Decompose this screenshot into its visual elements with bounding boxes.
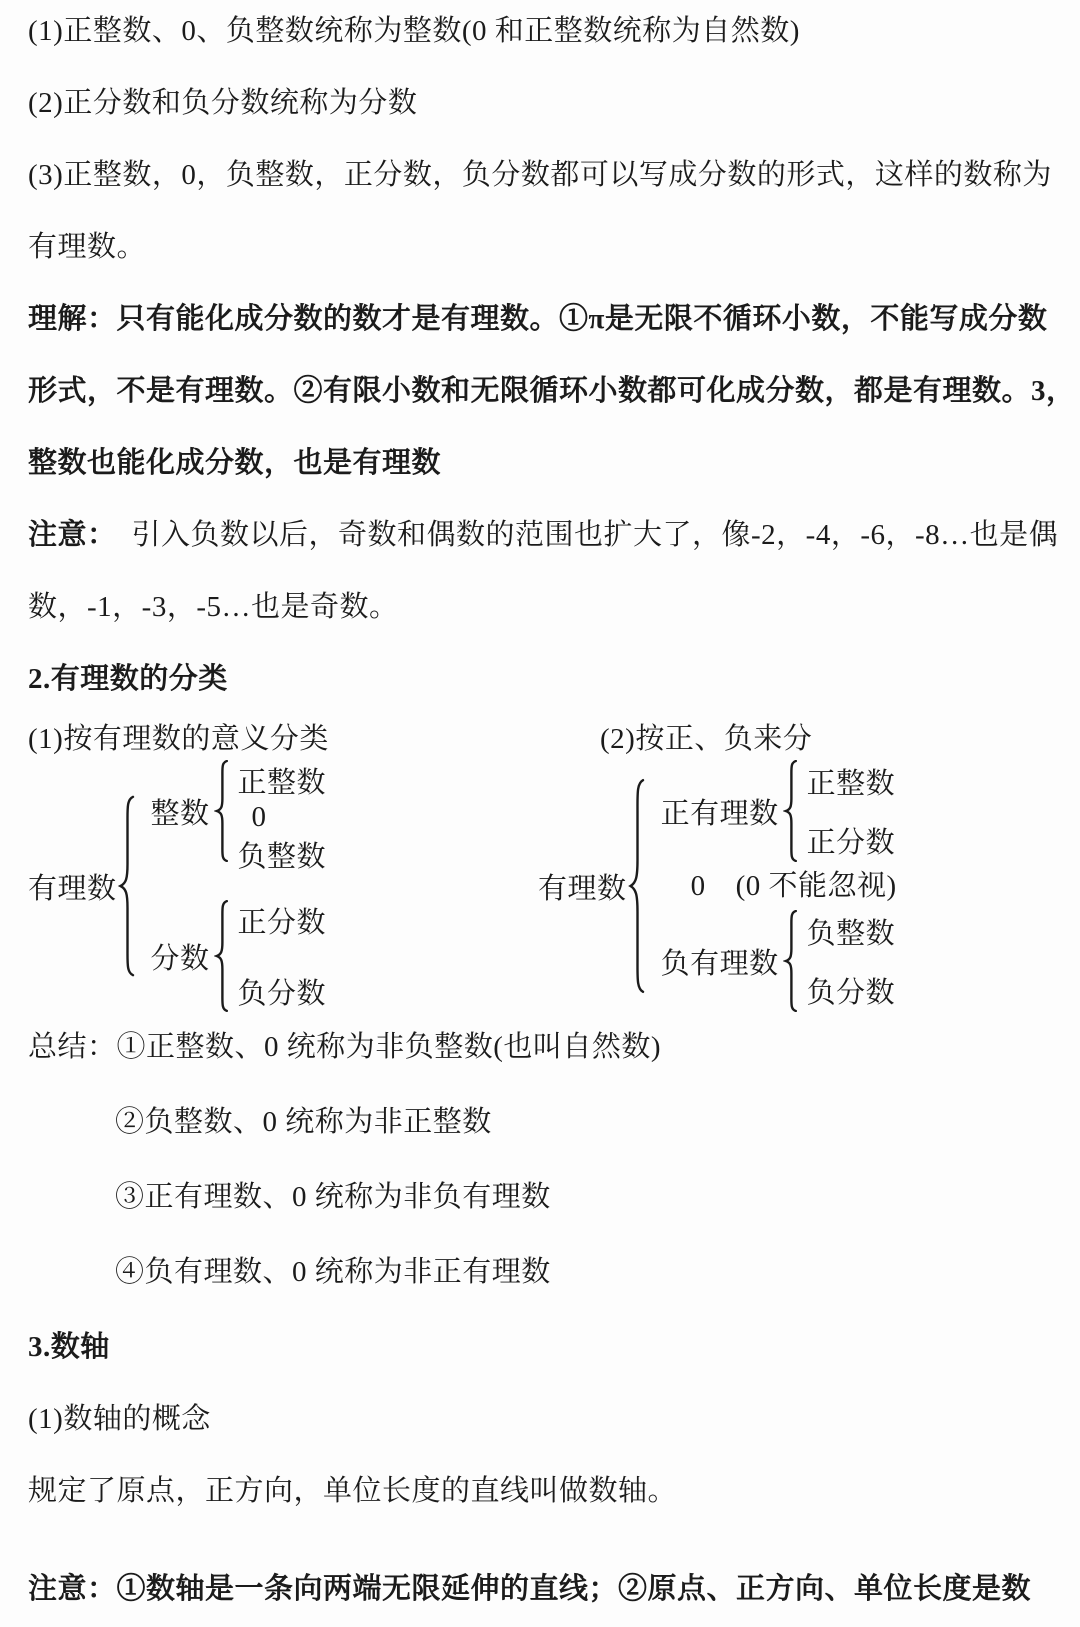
diagram-leaf: 负整数 <box>807 911 896 952</box>
diagram-branch-zero: 0 (0 不能忽视) <box>691 869 897 903</box>
note-line-3: 注意：①数轴是一条向两端无限延伸的直线；②原点、正方向、单位长度是数 <box>28 1572 1080 1606</box>
paragraph-line-2: (2)正分数和负分数统称为分数 <box>28 86 1080 120</box>
note-label: 注意： <box>28 1573 117 1605</box>
big-brace-icon <box>117 795 137 977</box>
summary-line-4: ④负有理数、0 统称为非正有理数 <box>28 1255 1080 1289</box>
diagram-by-meaning: 有理数 整数 正整数 0 负整数 分数 <box>28 760 326 1012</box>
diagram-branch-negative-rationals: 负有理数 负整数 负分数 <box>649 910 897 1012</box>
diagram-root-label: 有理数 <box>28 866 117 907</box>
diagram-by-sign: 有理数 正有理数 正整数 正分数 0 (0 不能忽视) <box>538 760 897 1012</box>
diagram-branches: 整数 正整数 0 负整数 分数 正分数 <box>139 760 327 1012</box>
branch-label: 正有理数 <box>661 791 779 832</box>
diagram-leaf: 负分数 <box>238 971 327 1012</box>
column-header-by-sign: (2)按正、负来分 <box>600 722 812 756</box>
diagram-leaf: 负分数 <box>807 970 896 1011</box>
diagram-column-headers: (1)按有理数的意义分类 (2)按正、负来分 <box>28 722 1080 756</box>
branch-label: 整数 <box>151 791 210 832</box>
diagram-leaf: 正整数 <box>807 761 896 802</box>
understanding-line-2: 形式，不是有理数。②有限小数和无限循环小数都可化成分数，都是有理数。3， <box>28 374 1080 408</box>
summary-line-2: ②负整数、0 统称为非正整数 <box>28 1105 1080 1139</box>
diagram-leaf: 正分数 <box>807 820 896 861</box>
branch-leaves: 正整数 0 负整数 <box>238 760 327 862</box>
note-text: 引入负数以后，奇数和偶数的范围也扩大了，像-2，-4，-6，-8…也是偶 <box>102 519 1058 551</box>
note-text: ①数轴是一条向两端无限延伸的直线；②原点、正方向、单位长度是数 <box>117 1573 1032 1605</box>
summary-line-3: ③正有理数、0 统称为非负有理数 <box>28 1180 1080 1214</box>
paragraph-line-1: (1)正整数、0、负整数统称为整数(0 和正整数统称为自然数) <box>28 0 1080 48</box>
summary-text: ①正整数、0 统称为非负整数(也叫自然数) <box>117 1031 662 1063</box>
column-header-by-meaning: (1)按有理数的意义分类 <box>28 722 600 756</box>
branch-leaves: 正整数 正分数 <box>807 761 896 861</box>
diagram-branch-integers: 整数 正整数 0 负整数 <box>139 760 327 862</box>
understanding-line-1: 理解：只有能化成分数的数才是有理数。①π是无限不循环小数，不能写成分数 <box>28 302 1080 336</box>
big-brace-icon <box>627 778 647 994</box>
diagram-root-label: 有理数 <box>538 866 627 907</box>
branch-leaves: 正分数 负分数 <box>238 900 327 1012</box>
paragraph-line-4: 有理数。 <box>28 230 1080 264</box>
diagram-leaf: 0 <box>238 801 327 834</box>
diagram-branch-positive-rationals: 正有理数 正整数 正分数 <box>649 760 897 862</box>
note-line-1: 注意： 引入负数以后，奇数和偶数的范围也扩大了，像-2，-4，-6，-8…也是偶 <box>28 518 1080 552</box>
diagram-leaf: 正分数 <box>238 900 327 941</box>
zero-note: (0 不能忽视) <box>736 869 897 903</box>
small-brace-icon <box>783 760 799 862</box>
note-line-2: 数，-1，-3，-5…也是奇数。 <box>28 590 1080 624</box>
diagram-branches: 正有理数 正整数 正分数 0 (0 不能忽视) 负有理数 <box>649 760 897 1012</box>
branch-label: 负有理数 <box>661 941 779 982</box>
section-heading-number-line: 3.数轴 <box>28 1330 1080 1364</box>
branch-label: 分数 <box>151 936 210 977</box>
document-page: (1)正整数、0、负整数统称为整数(0 和正整数统称为自然数) (2)正分数和负… <box>0 0 1080 1627</box>
summary-line-1: 总结：①正整数、0 统称为非负整数(也叫自然数) <box>28 1030 1080 1064</box>
diagram-branch-fractions: 分数 正分数 负分数 <box>139 900 327 1012</box>
section-heading-classification: 2.有理数的分类 <box>28 662 1080 696</box>
summary-label: 总结： <box>28 1031 117 1063</box>
note-label: 注意： <box>28 519 102 551</box>
understanding-line-3: 整数也能化成分数，也是有理数 <box>28 446 1080 480</box>
classification-diagrams: 有理数 整数 正整数 0 负整数 分数 <box>28 760 1080 1014</box>
axis-concept-line: (1)数轴的概念 <box>28 1402 1080 1436</box>
branch-leaves: 负整数 负分数 <box>807 911 896 1011</box>
small-brace-icon <box>214 760 230 862</box>
zero-value: 0 <box>691 869 706 903</box>
small-brace-icon <box>214 900 230 1012</box>
paragraph-line-3: (3)正整数，0，负整数，正分数，负分数都可以写成分数的形式，这样的数称为 <box>28 158 1080 192</box>
small-brace-icon <box>783 910 799 1012</box>
diagram-leaf: 正整数 <box>238 760 327 801</box>
diagram-leaf: 负整数 <box>238 834 327 875</box>
axis-definition-line: 规定了原点，正方向，单位长度的直线叫做数轴。 <box>28 1474 1080 1508</box>
